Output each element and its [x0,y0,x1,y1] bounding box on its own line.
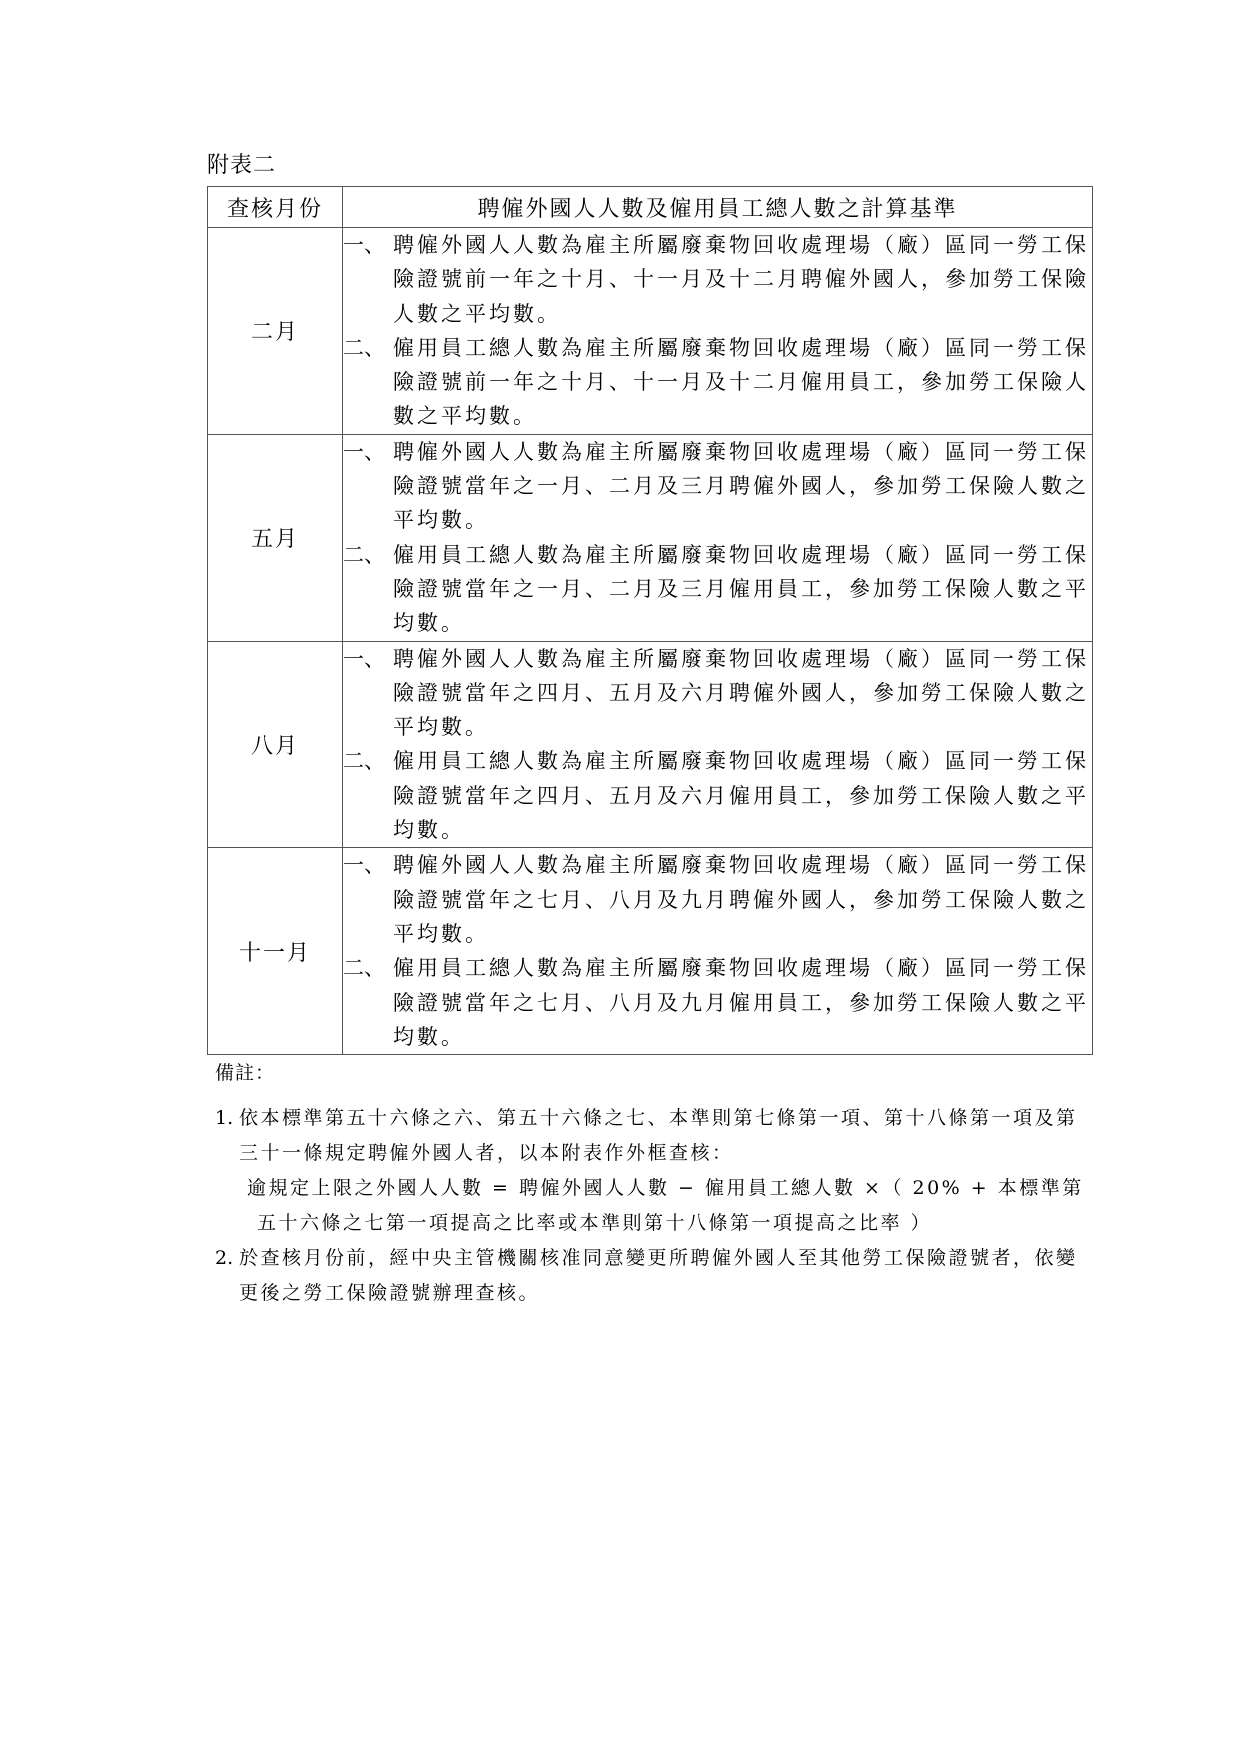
basis-item: 二、僱用員工總人數為雇主所屬廢棄物回收處理場（廠）區同一勞工保險證號當年之一月、… [343,538,1092,641]
basis-item: 一、聘僱外國人人數為雇主所屬廢棄物回收處理場（廠）區同一勞工保險證號當年之一月、… [343,435,1092,538]
basis-item: 一、聘僱外國人人數為雇主所屬廢棄物回收處理場（廠）區同一勞工保險證號前一年之十月… [343,228,1092,331]
month-cell: 八月 [208,641,343,848]
item-text: 僱用員工總人數為雇主所屬廢棄物回收處理場（廠）區同一勞工保險證號前一年之十月、十… [393,336,1089,429]
note-text: 依本標準第五十六條之六、第五十六條之七、本準則第七條第一項、第十八條第一項及第三… [239,1107,1078,1164]
item-number: 一、 [343,435,393,469]
formula-text: 逾規定上限之外國人人數 = 聘僱外國人人數 − 僱用員工總人數 ×（ 20% +… [191,1171,1095,1241]
basis-item: 二、僱用員工總人數為雇主所屬廢棄物回收處理場（廠）區同一勞工保險證號當年之四月、… [343,744,1092,847]
item-number: 二、 [343,744,393,778]
note-item: 1.依本標準第五十六條之六、第五十六條之七、本準則第七條第一項、第十八條第一項及… [215,1101,1095,1171]
item-number: 一、 [343,228,393,262]
item-text: 聘僱外國人人數為雇主所屬廢棄物回收處理場（廠）區同一勞工保險證號前一年之十月、十… [393,233,1089,326]
notes-title: 備註： [215,1058,1095,1085]
header-audit-month: 查核月份 [208,187,343,228]
note-text: 於查核月份前，經中央主管機關核准同意變更所聘僱外國人至其他勞工保險證號者，依變更… [239,1247,1078,1304]
table-row: 五月 一、聘僱外國人人數為雇主所屬廢棄物回收處理場（廠）區同一勞工保險證號當年之… [208,434,1093,641]
item-text: 聘僱外國人人數為雇主所屬廢棄物回收處理場（廠）區同一勞工保險證號當年之一月、二月… [393,440,1089,533]
note-number: 1. [215,1101,239,1136]
basis-item: 二、僱用員工總人數為雇主所屬廢棄物回收處理場（廠）區同一勞工保險證號當年之七月、… [343,951,1092,1054]
document-page: 附表二 查核月份 聘僱外國人人數及僱用員工總人數之計算基準 二月 一、聘僱外國人… [0,0,1241,1755]
item-text: 僱用員工總人數為雇主所屬廢棄物回收處理場（廠）區同一勞工保險證號當年之一月、二月… [393,543,1089,636]
item-number: 二、 [343,331,393,365]
table-row: 十一月 一、聘僱外國人人數為雇主所屬廢棄物回收處理場（廠）區同一勞工保險證號當年… [208,848,1093,1055]
table-caption: 附表二 [207,148,276,179]
notes-section: 備註： 1.依本標準第五十六條之六、第五十六條之七、本準則第七條第一項、第十八條… [215,1058,1095,1311]
basis-item: 一、聘僱外國人人數為雇主所屬廢棄物回收處理場（廠）區同一勞工保險證號當年之七月、… [343,848,1092,951]
item-number: 一、 [343,848,393,882]
item-number: 二、 [343,538,393,572]
item-text: 僱用員工總人數為雇主所屬廢棄物回收處理場（廠）區同一勞工保險證號當年之四月、五月… [393,749,1089,842]
month-cell: 十一月 [208,848,343,1055]
basis-cell: 一、聘僱外國人人數為雇主所屬廢棄物回收處理場（廠）區同一勞工保險證號當年之四月、… [343,641,1093,848]
note-item: 2.於查核月份前，經中央主管機關核准同意變更所聘僱外國人至其他勞工保險證號者，依… [215,1241,1095,1311]
basis-cell: 一、聘僱外國人人數為雇主所屬廢棄物回收處理場（廠）區同一勞工保險證號當年之一月、… [343,434,1093,641]
item-number: 二、 [343,951,393,985]
basis-item: 二、僱用員工總人數為雇主所屬廢棄物回收處理場（廠）區同一勞工保險證號前一年之十月… [343,331,1092,434]
item-text: 聘僱外國人人數為雇主所屬廢棄物回收處理場（廠）區同一勞工保險證號當年之七月、八月… [393,853,1089,946]
table-row: 八月 一、聘僱外國人人數為雇主所屬廢棄物回收處理場（廠）區同一勞工保險證號當年之… [208,641,1093,848]
table-header-row: 查核月份 聘僱外國人人數及僱用員工總人數之計算基準 [208,187,1093,228]
table-row: 二月 一、聘僱外國人人數為雇主所屬廢棄物回收處理場（廠）區同一勞工保險證號前一年… [208,228,1093,435]
basis-cell: 一、聘僱外國人人數為雇主所屬廢棄物回收處理場（廠）區同一勞工保險證號當年之七月、… [343,848,1093,1055]
header-calculation-basis: 聘僱外國人人數及僱用員工總人數之計算基準 [343,187,1093,228]
item-number: 一、 [343,642,393,676]
month-cell: 二月 [208,228,343,435]
note-number: 2. [215,1241,239,1276]
item-text: 僱用員工總人數為雇主所屬廢棄物回收處理場（廠）區同一勞工保險證號當年之七月、八月… [393,956,1089,1049]
basis-cell: 一、聘僱外國人人數為雇主所屬廢棄物回收處理場（廠）區同一勞工保險證號前一年之十月… [343,228,1093,435]
item-text: 聘僱外國人人數為雇主所屬廢棄物回收處理場（廠）區同一勞工保險證號當年之四月、五月… [393,647,1089,740]
basis-item: 一、聘僱外國人人數為雇主所屬廢棄物回收處理場（廠）區同一勞工保險證號當年之四月、… [343,642,1092,745]
calculation-basis-table: 查核月份 聘僱外國人人數及僱用員工總人數之計算基準 二月 一、聘僱外國人人數為雇… [207,186,1093,1055]
month-cell: 五月 [208,434,343,641]
